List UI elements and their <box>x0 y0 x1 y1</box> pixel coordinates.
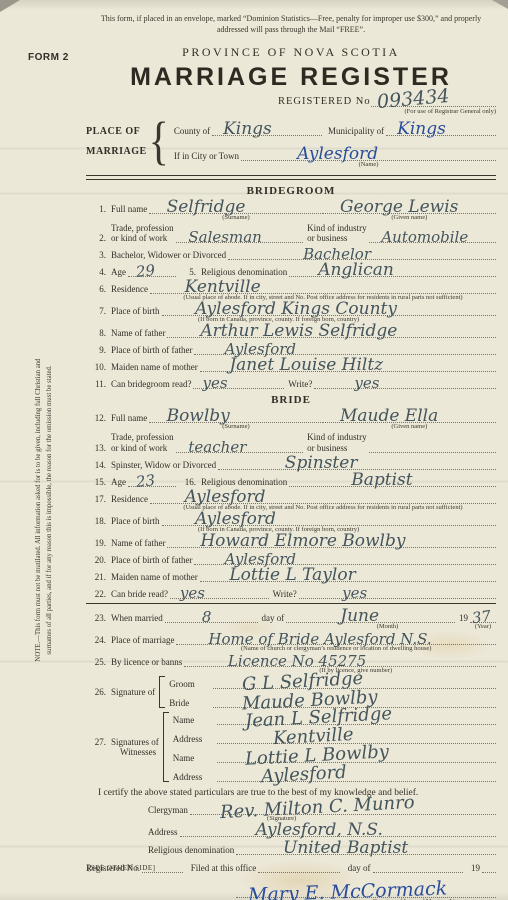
groom-mother-row: 10. Maiden name of mother Janet Louise H… <box>86 359 496 372</box>
bride-read-value: yes <box>180 586 205 601</box>
margin-note: NOTE.—This form must not be mutilated. A… <box>34 286 55 734</box>
groom-literacy-row: 11. Can bridegroom read? yes Write? yes <box>86 376 496 389</box>
groom-status-field: Bachelor <box>228 247 496 260</box>
section-divider <box>86 603 496 604</box>
bride-heading: BRIDE <box>86 394 496 406</box>
clergyman-address-row: Address Aylesford, N.S. <box>148 824 496 837</box>
bride-age-value: 23 <box>135 473 156 490</box>
bride-write-value: yes <box>342 586 367 601</box>
groom-father-birthplace-field: Aylesford <box>194 342 496 355</box>
licence-row: 25. By licence or banns Licence No 45275… <box>86 654 496 667</box>
marriage-day-field: 8 <box>165 610 258 623</box>
filing-day-field <box>373 860 464 873</box>
surname-caption: (Surname) <box>149 214 322 221</box>
groom-full-name-row: 1. Full name Selfridge (Surname) George … <box>86 201 496 214</box>
groom-status-row: 3. Bachelor, Widower or Divorced Bachelo… <box>86 247 496 260</box>
bride-trade-value: teacher <box>188 440 246 455</box>
issuer-signature-block: Mary E. McCormack <box>236 877 496 898</box>
marriage-month-field: June (Month) <box>286 610 455 623</box>
province-heading: PROVINCE OF NOVA SCOTIA <box>86 45 496 60</box>
given-name-caption: (Given name) <box>323 423 496 430</box>
bride-trade-field: teacher <box>176 440 303 453</box>
bride-trade-label: Trade, profession 13.or kind of work <box>86 432 174 453</box>
groom-trade-label: Trade, profession 2.or kind of work <box>86 223 174 244</box>
place-fields: County of Kings Municipality of Kings If… <box>174 123 496 161</box>
clergyman-field: Rev. Milton C. Munro (Signature) <box>190 802 496 815</box>
groom-father-row: 8. Name of father Arthur Lewis Selfridge <box>86 325 496 338</box>
clergyman-row: Clergyman Rev. Milton C. Munro (Signatur… <box>148 802 496 815</box>
issuer-signature-value: Mary E. McCormack <box>248 879 448 900</box>
bride-literacy-row: 22. Can bride read? yes Write? yes <box>86 586 496 599</box>
certify-statement: I certify the above stated particulars a… <box>98 788 496 798</box>
county-value: Kings <box>223 121 272 138</box>
groom-write-value: yes <box>354 376 379 391</box>
clergyman-denomination-value: United Baptist <box>283 840 408 857</box>
witness-signature-rows: Name Jean L Selfridge Address Kentville … <box>173 712 496 782</box>
filing-office-field <box>258 860 339 873</box>
groom-given-name-field: George Lewis (Given name) <box>323 201 496 214</box>
groom-read-field: yes <box>193 376 284 389</box>
couple-signature-rows: Groom G L Selfridge Bride Maude Bowlby <box>169 676 496 708</box>
given-name-caption: (Given name) <box>323 214 496 221</box>
bride-father-field: Howard Elmore Bowlby <box>167 535 496 548</box>
groom-religion-value: Anglican <box>318 262 394 279</box>
marriage-day-value: 8 <box>202 610 212 625</box>
bride-full-name-row: 12. Full name Bowlby (Surname) Maude Ell… <box>86 410 496 423</box>
city-town-label: If in City or Town <box>174 151 239 161</box>
county-label: County of <box>174 126 210 136</box>
groom-industry-label: Kind of industry or business <box>307 223 367 244</box>
mailing-note: This form, if placed in an envelope, mar… <box>94 14 488 36</box>
bride-father-birthplace-field: Aylesford <box>194 552 496 565</box>
groom-mother-value: Janet Louise Hiltz <box>229 357 383 374</box>
registered-no-field: 093434 <box>371 94 496 107</box>
clergyman-address-field: Aylesford, N.S. <box>180 824 497 837</box>
groom-age-value: 29 <box>135 263 156 280</box>
municipality-label: Municipality of <box>328 126 384 136</box>
groom-residence-row: 6. Residence Kentville (Usual place of a… <box>86 281 496 294</box>
municipality-field: Kings <box>386 123 496 136</box>
bride-father-birthplace-row: 20. Place of birth of father Aylesford <box>86 552 496 565</box>
bride-mother-field: Lottie L Taylor <box>200 569 496 582</box>
groom-age-religion-row: 4. Age 29 5. Religious denomination Angl… <box>86 264 496 277</box>
form-number: FORM 2 <box>28 52 69 63</box>
groom-age-field: 29 <box>128 264 176 277</box>
bracket-icon <box>159 676 165 708</box>
bride-industry-field <box>369 440 496 453</box>
place-of-marriage-block: PLACE OF MARRIAGE { County of Kings Muni… <box>86 121 496 163</box>
bride-residence-row: 17. Residence Aylesford (Usual place of … <box>86 491 496 504</box>
city-town-field: Aylesford (Name) <box>241 148 496 161</box>
municipality-value: Kings <box>397 121 446 138</box>
scan-corner-decoration <box>492 0 508 9</box>
witness1-name-field: Jean L Selfridge <box>217 712 496 725</box>
county-field: Kings <box>212 123 322 136</box>
witness2-name-field: Lottie L Bowlby <box>217 750 496 763</box>
witnesses-label: 27.Signatures of Witnesses <box>86 737 159 758</box>
groom-religion-field: Anglican <box>289 264 496 277</box>
bride-mother-value: Lottie L Taylor <box>229 567 355 584</box>
groom-read-value: yes <box>203 376 228 391</box>
bracket-icon <box>163 712 169 782</box>
groom-father-value: Arthur Lewis Selfridge <box>200 323 397 340</box>
bride-trade-row: Trade, profession 13.or kind of work tea… <box>86 432 496 453</box>
bride-given-name-field: Maude Ella (Given name) <box>323 410 496 423</box>
bride-age-religion-row: 15. Age 23 16. Religious denomination Ba… <box>86 474 496 487</box>
surname-caption: (Surname) <box>149 423 322 430</box>
witness2-address-field: Aylesford <box>217 769 496 782</box>
place-of-marriage-row: 24. Place of marriage Home of Bride Ayle… <box>86 632 496 645</box>
marriage-place-caption: (Name of church or clergyman’s residence… <box>176 645 496 652</box>
bride-write-field: yes <box>299 586 496 599</box>
bride-status-value: Spinster <box>285 455 358 472</box>
bridegroom-heading: BRIDEGROOM <box>86 185 496 197</box>
groom-write-field: yes <box>314 376 496 389</box>
clergyman-address-value: Aylesford, N.S. <box>255 822 382 839</box>
groom-mother-field: Janet Louise Hiltz <box>200 359 496 372</box>
groom-sig-label: Groom <box>169 679 213 689</box>
groom-residence-field: Kentville (Usual place of abode. If in c… <box>150 281 496 294</box>
bride-surname-field: Bowlby (Surname) <box>149 410 322 423</box>
filing-year-field <box>482 860 496 873</box>
year-caption: (Year) <box>470 623 496 630</box>
bride-read-field: yes <box>170 586 269 599</box>
groom-trade-value: Salesman <box>188 230 261 245</box>
bride-religion-field: Baptist <box>289 474 496 487</box>
groom-trade-row: Trade, profession 2.or kind of work Sale… <box>86 223 496 244</box>
bride-father-value: Howard Elmore Bowlby <box>200 533 405 550</box>
marriage-year-field: 37 (Year) <box>470 610 496 623</box>
see-other-side-note: [SEE OTHER SIDE] <box>88 864 156 872</box>
groom-birthplace-field: Aylesford Kings County (If born in Canad… <box>162 303 497 316</box>
bride-sig-label: Bride <box>169 698 213 708</box>
bride-religion-value: Baptist <box>351 472 412 489</box>
groom-industry-value: Automobile <box>381 230 468 245</box>
witness-signatures-block: 27.Signatures of Witnesses Name Jean L S… <box>86 712 496 782</box>
couple-signatures-block: 26. Signature of Groom G L Selfridge Bri… <box>86 676 496 708</box>
bride-residence-field: Aylesford (Usual place of abode. If in c… <box>150 491 496 504</box>
bride-father-row: 19. Name of father Howard Elmore Bowlby <box>86 535 496 548</box>
registered-no-line: REGISTERED No 093434 (For use of Registr… <box>278 94 496 115</box>
bride-status-row: 14. Spinster, Widow or Divorced Spinster <box>86 457 496 470</box>
groom-surname-field: Selfridge (Surname) <box>149 201 322 214</box>
bride-status-field: Spinster <box>218 457 496 470</box>
groom-trade-field: Salesman <box>176 230 303 243</box>
when-married-row: 23. When married 8 day of June (Month) 1… <box>86 610 496 623</box>
place-of-marriage-label: PLACE OF MARRIAGE <box>86 122 147 162</box>
scan-corner-decoration <box>0 0 20 12</box>
bride-industry-label: Kind of industry or business <box>307 432 367 453</box>
form-content: This form, if placed in an envelope, mar… <box>86 14 496 900</box>
witness2-address-value: Aylesford <box>261 764 348 786</box>
brace-icon: { <box>149 115 169 168</box>
clergyman-denomination-field: United Baptist <box>236 842 496 855</box>
groom-birthplace-row: 7. Place of birth Aylesford Kings County… <box>86 303 496 316</box>
month-caption: (Month) <box>354 623 421 630</box>
clergyman-denomination-row: Religious denomination United Baptist <box>148 842 496 855</box>
groom-father-birthplace-row: 9. Place of birth of father Aylesford <box>86 342 496 355</box>
groom-father-field: Arthur Lewis Selfridge <box>167 325 496 338</box>
section-divider <box>86 175 496 180</box>
bride-birthplace-field: Aylesford (If born in Canada, province, … <box>162 513 497 526</box>
name-caption: (Name) <box>318 161 420 168</box>
licence-field: Licence No 45275 (If by licence, give nu… <box>184 654 496 667</box>
bride-age-field: 23 <box>128 474 176 487</box>
bride-birthplace-row: 18. Place of birth Aylesford (If born in… <box>86 513 496 526</box>
groom-industry-field: Automobile <box>369 230 496 243</box>
marriage-place-field: Home of Bride Aylesford N.S. (Name of ch… <box>176 632 496 645</box>
registered-no-label: REGISTERED No <box>278 96 371 107</box>
bride-mother-row: 21. Maiden name of mother Lottie L Taylo… <box>86 569 496 582</box>
marriage-register-document: FORM 2 This form, if placed in an envelo… <box>0 0 508 900</box>
